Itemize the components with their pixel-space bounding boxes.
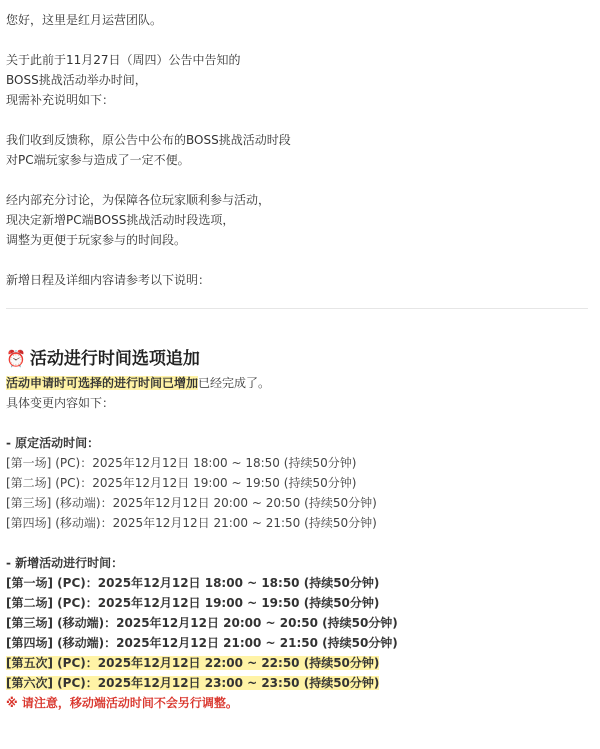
row-time: ：2025年12月12日 19:00 ~ 19:50 [80, 476, 280, 490]
row-duration: (持续50分钟) [304, 576, 380, 590]
feedback-line: 对PC端玩家参与造成了一定不便。 [6, 150, 594, 170]
row-label: [第三场] [6, 496, 51, 510]
intro-line: 现需补充说明如下： [6, 90, 594, 110]
row-duration: (持续50分钟) [304, 496, 377, 510]
row-time: ：2025年12月12日 22:00 ~ 22:50 [86, 656, 300, 670]
row-time: ：2025年12月12日 20:00 ~ 20:50 [101, 496, 301, 510]
original-heading: - 原定活动时间： [6, 433, 594, 453]
row-time: ：2025年12月12日 19:00 ~ 19:50 [86, 596, 300, 610]
decision-line: 调整为更便于玩家参与的时间段。 [6, 230, 594, 250]
mobile-note: ※ 请注意，移动端活动时间不会另行调整。 [6, 693, 594, 713]
row-duration: (持续50分钟) [284, 456, 357, 470]
row-duration: (持续50分钟) [322, 616, 398, 630]
schedule-row: [第三场] (移动端)：2025年12月12日 20:00 ~ 20:50 (持… [6, 493, 594, 513]
row-platform: (移动端) [55, 516, 100, 530]
lead-highlight: 活动申请时可选择的进行时间已增加 [6, 376, 198, 390]
row-time: ：2025年12月12日 18:00 ~ 18:50 [86, 576, 300, 590]
row-label: [第一场] [6, 456, 51, 470]
row-label: [第四场] [6, 636, 53, 650]
section-divider [6, 308, 588, 309]
section-lead-2: 具体变更内容如下： [6, 393, 594, 413]
row-duration: (持续50分钟) [322, 636, 398, 650]
row-label: [第五次] [6, 656, 53, 670]
schedule-row: [第二场] (PC)：2025年12月12日 19:00 ~ 19:50 (持续… [6, 473, 594, 493]
row-label: [第一场] [6, 576, 53, 590]
row-time: ：2025年12月12日 21:00 ~ 21:50 [101, 516, 301, 530]
row-time: ：2025年12月12日 21:00 ~ 21:50 [104, 636, 318, 650]
schedule-row: [第五次] (PC)：2025年12月12日 22:00 ~ 22:50 (持续… [6, 653, 594, 673]
row-duration: (持续50分钟) [304, 656, 380, 670]
intro-line: BOSS挑战活动举办时间， [6, 70, 594, 90]
added-schedule: [第一场] (PC)：2025年12月12日 18:00 ~ 18:50 (持续… [6, 573, 594, 693]
schedule-row: [第一场] (PC)：2025年12月12日 18:00 ~ 18:50 (持续… [6, 573, 594, 593]
row-duration: (持续50分钟) [304, 516, 377, 530]
section-title-emphasis: 追加 [166, 345, 200, 373]
feedback-line: 我们收到反馈称，原公告中公布的BOSS挑战活动时段 [6, 130, 594, 150]
row-label: [第二场] [6, 476, 51, 490]
schedule-row: [第一场] (PC)：2025年12月12日 18:00 ~ 18:50 (持续… [6, 453, 594, 473]
row-label: [第三场] [6, 616, 53, 630]
row-duration: (持续50分钟) [284, 476, 357, 490]
schedule-row: [第六次] (PC)：2025年12月12日 23:00 ~ 23:50 (持续… [6, 673, 594, 693]
decision-line: 经内部充分讨论，为保障各位玩家顺利参与活动， [6, 190, 594, 210]
row-platform: (PC) [55, 456, 80, 470]
schedule-row: [第四场] (移动端)：2025年12月12日 21:00 ~ 21:50 (持… [6, 513, 594, 533]
reference-line: 新增日程及详细内容请参考以下说明： [6, 270, 594, 290]
row-duration: (持续50分钟) [304, 676, 380, 690]
row-duration: (持续50分钟) [304, 596, 380, 610]
row-platform: (PC) [57, 576, 86, 590]
original-schedule: [第一场] (PC)：2025年12月12日 18:00 ~ 18:50 (持续… [6, 453, 594, 533]
row-platform: (PC) [57, 596, 86, 610]
added-heading: - 新增活动进行时间： [6, 553, 594, 573]
greeting: 您好，这里是红月运营团队。 [6, 10, 594, 30]
schedule-row: [第二场] (PC)：2025年12月12日 19:00 ~ 19:50 (持续… [6, 593, 594, 613]
row-time: ：2025年12月12日 18:00 ~ 18:50 [80, 456, 280, 470]
section-title-text: 活动进行时间选项 [30, 345, 166, 373]
schedule-row: [第四场] (移动端)：2025年12月12日 21:00 ~ 21:50 (持… [6, 633, 594, 653]
row-platform: (PC) [55, 476, 80, 490]
row-platform: (PC) [57, 656, 86, 670]
lead-rest: 已经完成了。 [198, 376, 270, 390]
row-label: [第四场] [6, 516, 51, 530]
alarm-clock-icon: ⏰ [6, 345, 26, 373]
section-title: ⏰ 活动进行时间选项追加 [6, 345, 594, 373]
row-platform: (PC) [57, 676, 86, 690]
row-platform: (移动端) [55, 496, 100, 510]
schedule-row: [第三场] (移动端)：2025年12月12日 20:00 ~ 20:50 (持… [6, 613, 594, 633]
row-platform: (移动端) [57, 616, 104, 630]
row-label: [第二场] [6, 596, 53, 610]
row-label: [第六次] [6, 676, 53, 690]
section-lead: 活动申请时可选择的进行时间已增加已经完成了。 [6, 373, 594, 393]
row-time: ：2025年12月12日 23:00 ~ 23:50 [86, 676, 300, 690]
decision-line: 现决定新增PC端BOSS挑战活动时段选项， [6, 210, 594, 230]
intro-line: 关于此前于11月27日（周四）公告中告知的 [6, 50, 594, 70]
announcement: 您好，这里是红月运营团队。 关于此前于11月27日（周四）公告中告知的 BOSS… [0, 0, 600, 713]
row-platform: (移动端) [57, 636, 104, 650]
row-time: ：2025年12月12日 20:00 ~ 20:50 [104, 616, 318, 630]
